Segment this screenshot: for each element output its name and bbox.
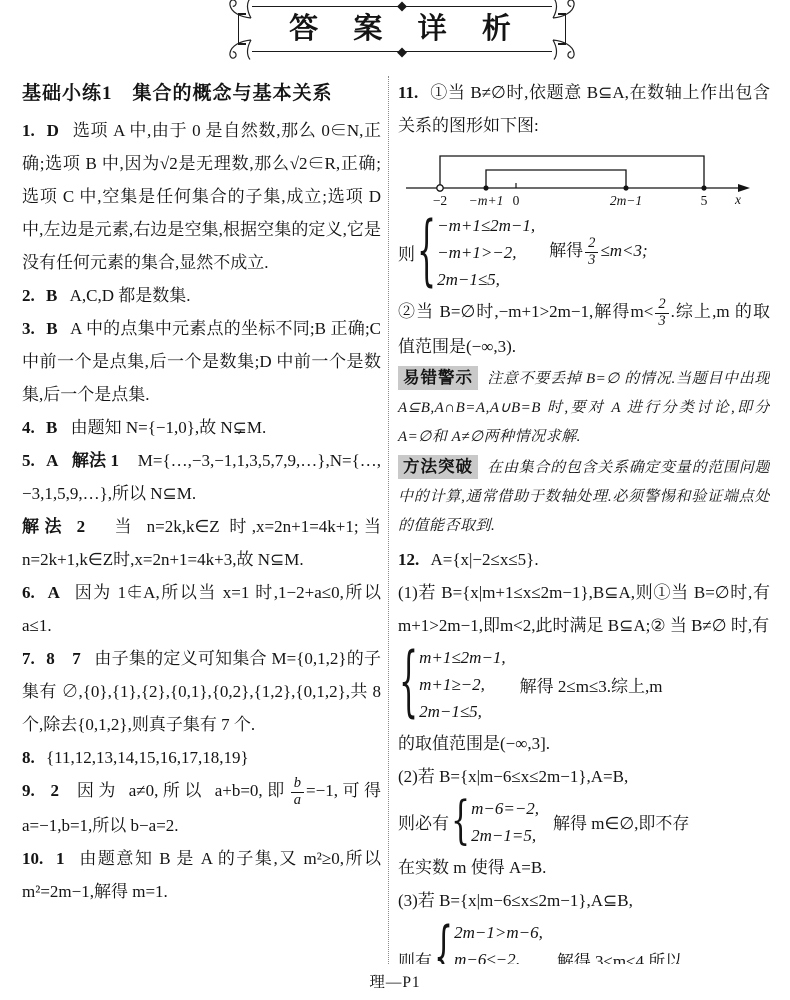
fraction-numerator: b	[291, 776, 304, 793]
axis-tick-label: −2	[433, 193, 447, 208]
axis-arrow-icon	[738, 184, 750, 192]
warning-note: 易错警示注意不要丢掉 B=∅ 的情况.当题目中出现A⊆B,A∩B=A,A∪B=B…	[398, 365, 770, 452]
right-column: 11. ①当 B≠∅时,依题意 B⊆A,在数轴上作出包含关系的图形如下图: −2…	[389, 76, 770, 964]
closed-endpoint-dot	[483, 185, 488, 190]
item-text: 因为 1∉A,所以当 x=1 时,1−2+a≤0,所以 a≤1.	[22, 583, 381, 635]
left-brace: {	[434, 921, 453, 964]
item-answer: B	[46, 286, 57, 305]
method-label: 解法 2	[22, 517, 85, 536]
item-answer: B	[46, 319, 57, 338]
item-number: 7.	[22, 649, 35, 668]
answer-item-3: 3. B A 中的点集中元素点的坐标不同;B 正确;C 中前一个是点集,后一个是…	[22, 312, 381, 411]
outer-interval-bracket	[440, 156, 704, 188]
item-number: 11.	[398, 83, 418, 102]
number-line-diagram: −2 −m+1 0 2m−1 5 x	[404, 146, 756, 210]
equation-line: m+1≥−2,	[419, 671, 506, 698]
item-12-part1-end: 的取值范围是(−∞,3].	[398, 727, 770, 760]
answer-item-7: 7. 8 7 由子集的定义可知集合 M={0,1,2}的子集有 ∅,{0},{1…	[22, 642, 381, 741]
item-text: ②当 B=∅时,−m+1>2m−1,解得m<	[398, 302, 653, 321]
axis-tick-label: 0	[513, 193, 520, 208]
warning-label-badge: 易错警示	[398, 366, 478, 390]
item-number: 10.	[22, 849, 43, 868]
answer-item-9: 9. 2 因为 a≠0,所以 a+b=0,即ba=−1,可得 a=−1,b=1,…	[22, 774, 381, 842]
closed-endpoint-dot	[701, 185, 706, 190]
item-answer: 1	[56, 849, 65, 868]
item-answer: A	[48, 583, 60, 602]
item-text: (3)若 B={x|m−6≤x≤2m−1},A⊆B,	[398, 891, 633, 910]
item-text: 的取值范围是(−∞,3].	[398, 734, 550, 753]
fraction-denominator: 3	[585, 253, 598, 269]
axis-tick-label: 2m−1	[610, 193, 642, 208]
equation-line: m−6≤−2,	[454, 946, 543, 964]
fraction-numerator: 2	[655, 297, 668, 314]
axis-tick-label: −m+1	[469, 193, 504, 208]
system-solution: 解得 3≤m≤4,所以	[557, 947, 682, 964]
item-text: A 中的点集中元素点的坐标不同;B 正确;C 中前一个是点集,后一个是数集;D …	[22, 319, 381, 404]
item-text: 在实数 m 使得 A=B.	[398, 858, 546, 877]
system-equations: m+1≤2m−1, m+1≥−2, 2m−1≤5,	[419, 644, 506, 725]
system-lead: 则	[398, 240, 415, 265]
item-text: 因为 a≠0,所以 a+b=0,即	[77, 781, 289, 800]
item-number: 6.	[22, 583, 35, 602]
system-lead: 则有	[398, 947, 432, 964]
axis-name-label: x	[734, 192, 741, 207]
textbook-answer-page: 答 案 详 析 基础小练1 集合的概念与基本关系 1. D 选项 A 中,由于 …	[0, 0, 790, 1000]
left-column: 基础小练1 集合的概念与基本关系 1. D 选项 A 中,由于 0 是自然数,那…	[22, 76, 388, 964]
fraction-numerator: 2	[585, 236, 598, 253]
item-text: 选项 A 中,由于 0 是自然数,那么 0∈N,正确;选项 B 中,因为√2是无…	[22, 121, 381, 272]
item-12-part2: (2)若 B={x|m−6≤x≤2m−1},A=B,	[398, 760, 770, 793]
answer-item-6: 6. A 因为 1∉A,所以当 x=1 时,1−2+a≤0,所以 a≤1.	[22, 576, 381, 642]
answer-item-2: 2. B A,C,D 都是数集.	[22, 279, 381, 312]
item-text: ①当 B≠∅时,依题意 B⊆A,在数轴上作出包含关系的图形如下图:	[398, 83, 770, 135]
answer-item-10: 10. 1 由题意知 B 是 A 的子集,又 m²≥0,所以 m²=2m−1,解…	[22, 842, 381, 908]
left-brace: {	[417, 214, 436, 291]
item-number: 12.	[398, 550, 419, 569]
item-number: 1.	[22, 121, 35, 140]
answer-item-12: 12. A={x|−2≤x≤5}.	[398, 543, 770, 576]
frame-side-bracket	[558, 13, 566, 45]
answer-item-4: 4. B 由题知 N={−1,0},故 N⊊M.	[22, 411, 381, 444]
system-equations: 2m−1>m−6, m−6≤−2, 2m−1≥5,	[454, 919, 543, 964]
method-label: 解法 1	[72, 451, 119, 470]
equation-line: −m+1≤2m−1,	[437, 212, 535, 239]
item-number: 8.	[22, 748, 35, 767]
item-text: 由题意知 B 是 A 的子集,又 m²≥0,所以 m²=2m−1,解得 m=1.	[22, 849, 381, 901]
item-12-part3: (3)若 B={x|m−6≤x≤2m−1},A⊆B,	[398, 884, 770, 917]
item-answer: B	[46, 418, 57, 437]
inequality-system: 则有 { 2m−1>m−6, m−6≤−2, 2m−1≥5, 解得 3≤m≤4,…	[398, 919, 770, 964]
fraction: 23	[655, 297, 668, 330]
item-number: 2.	[22, 286, 35, 305]
answer-item-8: 8. {11,12,13,14,15,16,17,18,19}	[22, 741, 381, 774]
page-title-frame: 答 案 详 析	[252, 6, 552, 52]
item-text: {11,12,13,14,15,16,17,18,19}	[46, 748, 249, 767]
method-note: 方法突破在由集合的包含关系确定变量的范围问题中的计算,通常借助于数轴处理.必须警…	[398, 454, 770, 541]
inner-interval-bracket	[486, 170, 626, 188]
equation-line: 2m−1≤5,	[437, 266, 535, 293]
item-text: 由题知 N={−1,0},故 N⊊M.	[71, 418, 267, 437]
system-solution: 解得 2≤m≤3.综上,m	[520, 672, 663, 697]
left-brace: {	[451, 796, 470, 847]
item-text: (2)若 B={x|m−6≤x≤2m−1},A=B,	[398, 767, 628, 786]
page-content: 基础小练1 集合的概念与基本关系 1. D 选项 A 中,由于 0 是自然数,那…	[22, 76, 770, 964]
item-12-part2-end: 在实数 m 使得 A=B.	[398, 851, 770, 884]
answer-item-11: 11. ①当 B≠∅时,依题意 B⊆A,在数轴上作出包含关系的图形如下图:	[398, 76, 770, 142]
equation-line: 2m−1=5,	[471, 822, 539, 849]
axis-tick-label: 5	[701, 193, 708, 208]
fraction: 23	[585, 236, 598, 269]
item-text: A={x|−2≤x≤5}.	[431, 550, 539, 569]
answer-item-11-case2: ②当 B=∅时,−m+1>2m−1,解得m<23.综上,m 的取值范围是(−∞,…	[398, 295, 770, 363]
item-number: 9.	[22, 781, 35, 800]
item-answer: 2	[51, 781, 60, 800]
solution-text: 解得	[549, 241, 583, 260]
solution-text: ≤m<3;	[600, 241, 647, 260]
system-equations: m−6=−2, 2m−1=5,	[471, 795, 539, 849]
item-number: 4.	[22, 418, 35, 437]
answer-item-5-method2: 解法 2 当 n=2k,k∈Z 时,x=2n+1=4k+1;当 n=2k+1,k…	[22, 510, 381, 576]
system-solution: 解得23≤m<3;	[549, 236, 648, 269]
page-footer: 理—P1	[0, 970, 790, 992]
answer-item-1: 1. D 选项 A 中,由于 0 是自然数,那么 0∈N,正确;选项 B 中,因…	[22, 114, 381, 279]
open-endpoint-dot	[437, 185, 443, 191]
inequality-system: 则必有 { m−6=−2, 2m−1=5, 解得 m∈∅,即不存	[398, 795, 770, 849]
equation-line: 2m−1>m−6,	[454, 919, 543, 946]
fraction-denominator: 3	[655, 314, 668, 330]
fraction: ba	[291, 776, 304, 809]
equation-line: m+1≤2m−1,	[419, 644, 506, 671]
item-answer: 8 7	[46, 649, 81, 668]
item-number: 3.	[22, 319, 35, 338]
section-heading: 基础小练1 集合的概念与基本关系	[22, 76, 381, 112]
system-equations: −m+1≤2m−1, −m+1>−2, 2m−1≤5,	[437, 212, 535, 293]
system-lead: 则必有	[398, 809, 449, 834]
equation-line: m−6=−2,	[471, 795, 539, 822]
system-solution: 解得 m∈∅,即不存	[553, 809, 689, 834]
answer-item-5: 5. A 解法 1 M={…,−3,−1,1,3,5,7,9,…},N={…,−…	[22, 444, 381, 510]
inequality-system: 则 { −m+1≤2m−1, −m+1>−2, 2m−1≤5, 解得23≤m<3…	[398, 212, 770, 293]
frame-side-bracket	[238, 13, 246, 45]
item-answer: A	[46, 451, 58, 470]
item-answer: D	[47, 121, 59, 140]
item-12-part1: (1)若 B={x|m+1≤x≤2m−1},B⊆A,则①当 B=∅时,有 m+1…	[398, 576, 770, 642]
inequality-system: { m+1≤2m−1, m+1≥−2, 2m−1≤5, 解得 2≤m≤3.综上,…	[398, 644, 770, 725]
method-label-badge: 方法突破	[398, 455, 478, 479]
left-brace: {	[399, 646, 418, 723]
closed-endpoint-dot	[623, 185, 628, 190]
fraction-denominator: a	[291, 793, 304, 809]
item-text: A,C,D 都是数集.	[70, 286, 191, 305]
page-title: 答 案 详 析	[252, 7, 552, 51]
item-text: (1)若 B={x|m+1≤x≤2m−1},B⊆A,则①当 B=∅时,有 m+1…	[398, 583, 770, 635]
equation-line: 2m−1≤5,	[419, 698, 506, 725]
item-number: 5.	[22, 451, 35, 470]
equation-line: −m+1>−2,	[437, 239, 535, 266]
